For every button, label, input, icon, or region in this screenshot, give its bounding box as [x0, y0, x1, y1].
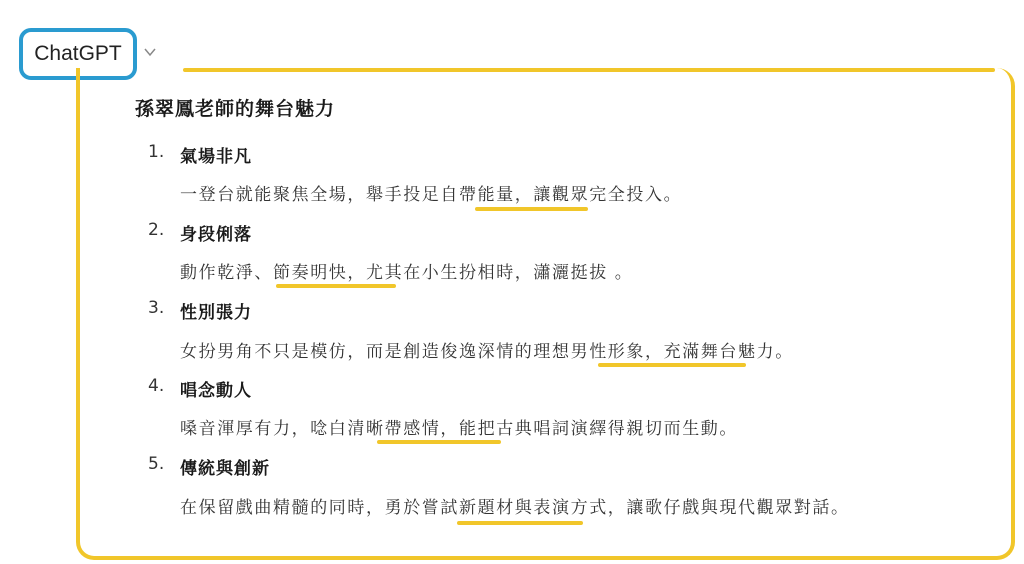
item-title: 性別張力: [180, 298, 252, 323]
model-name: ChatGPT: [34, 42, 122, 66]
item-number: 4.: [148, 376, 164, 396]
item-title: 傳統與創新: [180, 454, 270, 479]
item-body: 一登台就能聚焦全場，舉手投足自帶能量，讓觀眾完全投入。: [180, 180, 682, 205]
highlight-underline: [598, 363, 746, 367]
highlight-underline: [377, 440, 501, 444]
response-heading: 孫翠鳳老師的舞台魅力: [135, 94, 335, 121]
item-title: 身段俐落: [180, 220, 252, 245]
item-body: 嗓音渾厚有力，唸白清晰帶感情，能把古典唱詞演繹得親切而生動。: [180, 414, 738, 439]
item-body: 在保留戲曲精髓的同時，勇於嘗試新題材與表演方式，讓歌仔戲與現代觀眾對話。: [180, 493, 850, 518]
item-body: 女扮男角不只是模仿，而是創造俊逸深情的理想男性形象，充滿舞台魅力。: [180, 337, 794, 362]
item-body: 動作乾淨、節奏明快，尤其在小生扮相時，瀟灑挺拔 。: [180, 258, 633, 283]
item-number: 5.: [148, 454, 164, 474]
item-title: 唱念動人: [180, 376, 252, 401]
highlight-underline: [475, 207, 588, 211]
item-number: 1.: [148, 142, 164, 162]
item-number: 2.: [148, 220, 164, 240]
highlight-underline: [276, 284, 396, 288]
annotation-frame-top: [183, 68, 995, 72]
item-number: 3.: [148, 298, 164, 318]
highlight-underline: [457, 521, 583, 525]
chevron-down-icon[interactable]: [142, 46, 158, 58]
item-title: 氣場非凡: [180, 142, 252, 167]
